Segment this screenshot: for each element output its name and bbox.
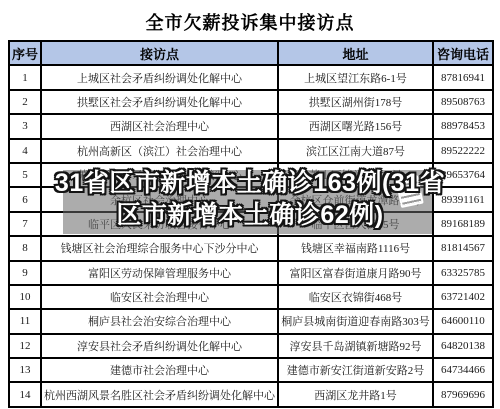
header-address: 地址 [278, 41, 433, 65]
row-no: 4 [9, 139, 41, 163]
table-row: 1 上城区社会矛盾纠纷调处化解中心 上城区望江东路6-1号 87816941 [9, 65, 493, 89]
watermark-line-1: 31省区市新增本土确诊163例(31省 [0, 167, 500, 199]
phone: 63721402 [433, 285, 493, 309]
table-row: 2 拱墅区社会矛盾纠纷调处化解中心 拱墅区湖州街178号 89508763 [9, 90, 493, 114]
row-no: 13 [9, 358, 41, 382]
table-row: 11 桐庐县社会治安综合治理中心 桐庐县城南街道迎春南路303号 6460011… [9, 309, 493, 333]
reception-point: 拱墅区社会矛盾纠纷调处化解中心 [41, 90, 278, 114]
row-no: 8 [9, 236, 41, 260]
phone: 89508763 [433, 90, 493, 114]
table-header-row: 序号 接访点 地址 咨询电话 [9, 41, 493, 65]
address: 钱塘区幸福南路1116号 [278, 236, 433, 260]
row-no: 11 [9, 309, 41, 333]
row-no: 12 [9, 334, 41, 358]
phone: 87969696 [433, 382, 493, 406]
address: 滨江区江南大道87号 [278, 139, 433, 163]
phone: 64734466 [433, 358, 493, 382]
row-no: 10 [9, 285, 41, 309]
address: 上城区望江东路6-1号 [278, 65, 433, 89]
reception-point: 临安区社会治理中心 [41, 285, 278, 309]
phone: 64820138 [433, 334, 493, 358]
table-row: 14 杭州西湖风景名胜区社会矛盾纠纷调处化解中心 西湖区龙井路1号 879696… [9, 382, 493, 406]
table-row: 13 建德市社会治理中心 建德市新安江街道新安路2号 64734466 [9, 358, 493, 382]
phone: 87816941 [433, 65, 493, 89]
reception-point: 桐庐县社会治安综合治理中心 [41, 309, 278, 333]
reception-point: 富阳区劳动保障管理服务中心 [41, 261, 278, 285]
page-title: 全市欠薪投诉集中接访点 [0, 9, 500, 35]
phone: 89522222 [433, 139, 493, 163]
row-no: 14 [9, 382, 41, 406]
phone: 81814567 [433, 236, 493, 260]
table-row: 9 富阳区劳动保障管理服务中心 富阳区富春街道康月路90号 63325785 [9, 261, 493, 285]
address: 西湖区龙井路1号 [278, 382, 433, 406]
phone: 88978453 [433, 114, 493, 138]
reception-point: 钱塘区社会治理综合服务中心下沙分中心 [41, 236, 278, 260]
address: 临安区衣锦街468号 [278, 285, 433, 309]
address: 桐庐县城南街道迎春南路303号 [278, 309, 433, 333]
watermark-headline: 31省区市新增本土确诊163例(31省 区市新增本土确诊62例) [0, 167, 500, 231]
header-no: 序号 [9, 41, 41, 65]
phone: 63325785 [433, 261, 493, 285]
reception-point: 建德市社会治理中心 [41, 358, 278, 382]
phone: 64600110 [433, 309, 493, 333]
reception-point: 杭州高新区（滨江）社会治理中心 [41, 139, 278, 163]
address: 淳安县千岛湖镇新塘路92号 [278, 334, 433, 358]
watermark-line-2: 区市新增本土确诊62例) [0, 199, 500, 231]
row-no: 9 [9, 261, 41, 285]
row-no: 3 [9, 114, 41, 138]
address: 富阳区富春街道康月路90号 [278, 261, 433, 285]
address: 西湖区曙光路156号 [278, 114, 433, 138]
reception-point: 西湖区社会治理中心 [41, 114, 278, 138]
row-no: 1 [9, 65, 41, 89]
reception-point: 淳安县社会矛盾纠纷调处化解中心 [41, 334, 278, 358]
reception-point: 杭州西湖风景名胜区社会矛盾纠纷调处化解中心 [41, 382, 278, 406]
table-row: 8 钱塘区社会治理综合服务中心下沙分中心 钱塘区幸福南路1116号 818145… [9, 236, 493, 260]
address: 建德市新安江街道新安路2号 [278, 358, 433, 382]
reception-point: 上城区社会矛盾纠纷调处化解中心 [41, 65, 278, 89]
row-no: 2 [9, 90, 41, 114]
table-row: 10 临安区社会治理中心 临安区衣锦街468号 63721402 [9, 285, 493, 309]
address: 拱墅区湖州街178号 [278, 90, 433, 114]
header-phone: 咨询电话 [433, 41, 493, 65]
header-name: 接访点 [41, 41, 278, 65]
table-row: 3 西湖区社会治理中心 西湖区曙光路156号 88978453 [9, 114, 493, 138]
table-row: 12 淳安县社会矛盾纠纷调处化解中心 淳安县千岛湖镇新塘路92号 6482013… [9, 334, 493, 358]
table-row: 4 杭州高新区（滨江）社会治理中心 滨江区江南大道87号 89522222 [9, 139, 493, 163]
